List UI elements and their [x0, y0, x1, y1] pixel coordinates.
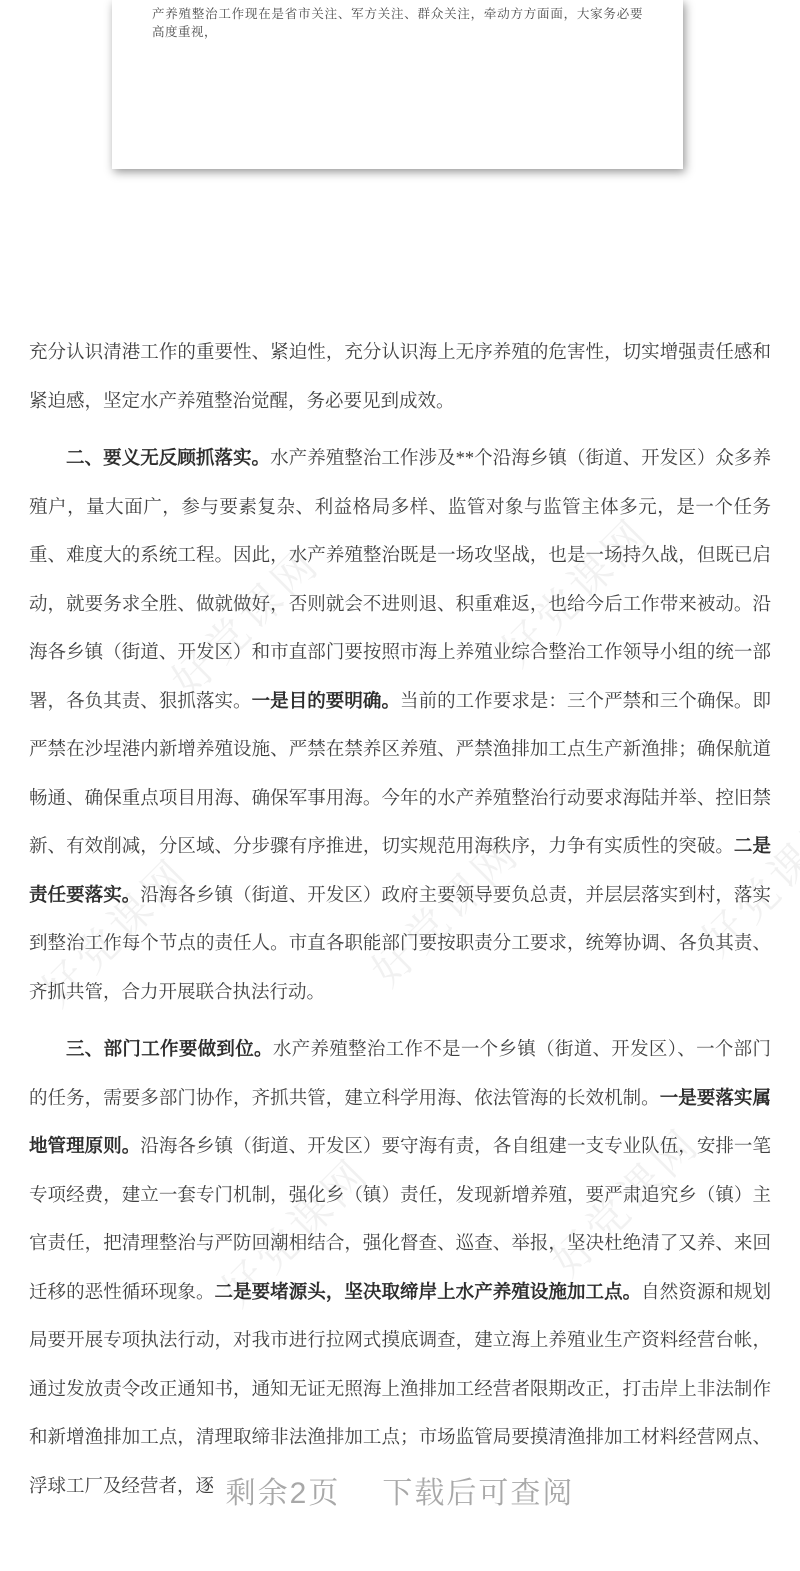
text-run: 充分认识清港工作的重要性、紧迫性，充分认识海上无序养殖的危害性，切实增强责任感和… — [29, 343, 771, 412]
text-run: 水产养殖整治工作涉及**个沿海乡镇（街道、开发区）众多养殖户，量大面广，参与要素… — [29, 449, 771, 712]
remaining-pages-count: 剩余2页 — [226, 1477, 341, 1510]
previous-page-text-line: 产养殖整治工作现在是省市关注、军方关注、群众关注，牵动方方面面，大家务必要高度重… — [152, 5, 643, 41]
bold-run: 二是要堵源头，坚决取缔岸上水产养殖设施加工点。 — [215, 1283, 642, 1303]
paragraph: 三、部门工作要做到位。水产养殖整治工作不是一个乡镇（街道、开发区）、一个部门的任… — [29, 1026, 771, 1511]
remaining-pages-notice: 剩余2页下载后可查阅 — [0, 1468, 800, 1512]
document-body: 充分认识清港工作的重要性、紧迫性，充分认识海上无序养殖的危害性，切实增强责任感和… — [0, 329, 800, 1520]
download-hint: 下载后可查阅 — [382, 1477, 574, 1510]
text-run: 沿海各乡镇（街道、开发区）政府主要领导要负总责，并层层落实到村，落实到整治工作每… — [29, 886, 771, 1003]
text-run: 沿海各乡镇（街道、开发区）要守海有责，各自组建一支专业队伍，安排一笔专项经费，建… — [29, 1137, 771, 1303]
bold-run: 一是目的要明确。 — [252, 692, 400, 712]
paragraph: 充分认识清港工作的重要性、紧迫性，充分认识海上无序养殖的危害性，切实增强责任感和… — [29, 329, 771, 426]
text-run: 当前的工作要求是：三个严禁和三个确保。即严禁在沙埕港内新增养殖设施、严禁在禁养区… — [29, 692, 771, 858]
paragraph: 二、要义无反顾抓落实。水产养殖整治工作涉及**个沿海乡镇（街道、开发区）众多养殖… — [29, 435, 771, 1017]
bold-run: 三、部门工作要做到位。 — [66, 1040, 273, 1060]
previous-page-card: 产养殖整治工作现在是省市关注、军方关注、群众关注，牵动方方面面，大家务必要高度重… — [112, 0, 683, 169]
bold-run: 二、要义无反顾抓落实。 — [66, 449, 270, 469]
text-run: 自然资源和规划局要开展专项执法行动，对我市进行拉网式摸底调查，建立海上养殖业生产… — [29, 1283, 771, 1497]
